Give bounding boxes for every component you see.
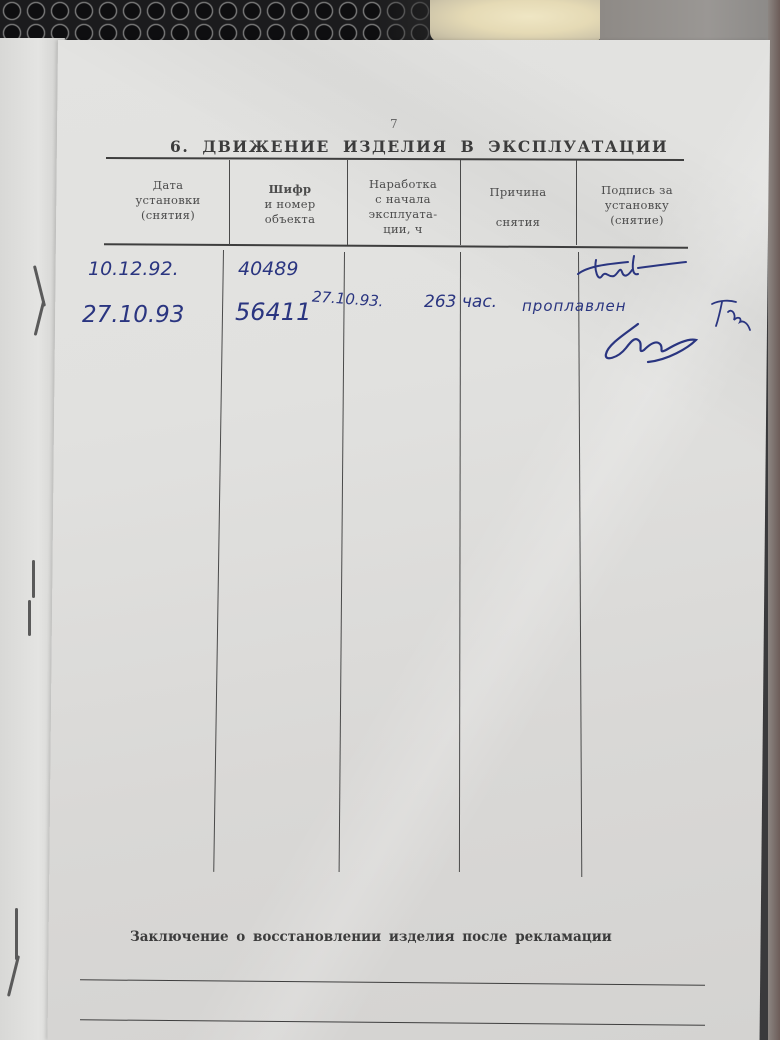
binding-stitch [28,600,31,636]
binding-stitch [15,908,18,960]
row2-date: 27.10.93 [82,302,184,328]
row2-initials-icon [706,294,756,334]
binding-stitch [32,560,35,598]
column-header-object-code: Шифр и номер объекта [236,182,344,227]
row2-signature-icon [598,318,708,368]
restoration-conclusion-title: Заключение о восстановлении изделия посл… [130,929,612,945]
row1-date: 10.12.92. [88,258,179,280]
column-header-date: Дата установки (снятия) [118,178,218,223]
column-divider [576,160,577,245]
background-edge [768,0,780,1040]
row1-signature-icon [568,252,698,292]
column-header-removal-reason: Причина снятия [464,185,572,230]
row1-object-code: 40489 [238,258,298,280]
column-divider [229,160,230,245]
column-header-signature: Подпись за установку (снятие) [582,183,692,228]
row2-removal-reason: проплавлен [522,297,627,315]
column-divider [347,160,348,245]
row2-operating-hours: 263 час. [424,292,497,312]
column-divider [460,160,461,245]
row2-object-code: 56411 [235,298,311,326]
background-object [430,0,610,42]
column-header-operating-hours: Наработка с начала эксплуата- ции, ч [350,177,456,237]
page-number: 7 [390,117,398,131]
section-title: 6. ДВИЖЕНИЕ ИЗДЕЛИЯ В ЭКСПЛУАТАЦИИ [170,137,668,156]
